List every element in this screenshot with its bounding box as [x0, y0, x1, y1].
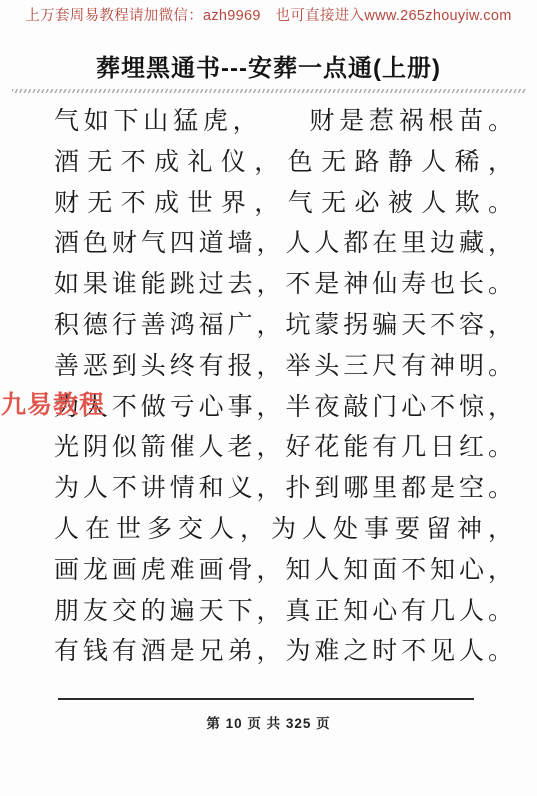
verse-line: 如果谁能跳过去，不是神仙寿也长。: [54, 264, 513, 305]
verse-line: 酒无不成礼仪，色无路静人稀，: [54, 142, 513, 183]
watermark-text: 九易教程: [1, 385, 105, 421]
verse-line: 财无不成世界，气无必被人欺。: [54, 183, 513, 224]
verse-body: 气如下山猛虎， 财是惹祸根苗。酒无不成礼仪，色无路静人稀，财无不成世界，气无必被…: [54, 101, 513, 672]
verse-line: 人在世多交人，为人处事要留神，: [54, 509, 513, 550]
page-title: 葬埋黑通书---安葬一点通(上册): [0, 48, 537, 83]
verse-line: 为人不做亏心事，半夜敲门心不惊，: [54, 387, 513, 428]
verse-line: 为人不讲情和义，扑到哪里都是空。: [54, 468, 513, 509]
promo-header-text: 上万套周易教程请加微信：azh9969 也可直接进入www.265zhouyiw…: [0, 4, 537, 25]
scanned-book-page: 上万套周易教程请加微信：azh9969 也可直接进入www.265zhouyiw…: [0, 0, 537, 796]
verse-line: 酒色财气四道墙，人人都在里边藏，: [54, 223, 513, 264]
title-divider: [12, 89, 527, 93]
page-number: 第 10 页 共 325 页: [0, 712, 537, 732]
verse-line: 善恶到头终有报，举头三尺有神明。: [54, 346, 513, 387]
verse-line: 气如下山猛虎， 财是惹祸根苗。: [54, 101, 513, 142]
verse-line: 光阴似箭催人老，好花能有几日红。: [54, 427, 513, 468]
footer-divider: [58, 698, 474, 700]
verse-line: 积德行善鸿福广，坑蒙拐骗天不容，: [54, 305, 513, 346]
verse-line: 画龙画虎难画骨，知人知面不知心，: [54, 550, 513, 591]
verse-line: 朋友交的遍天下，真正知心有几人。: [54, 591, 513, 632]
verse-line: 有钱有酒是兄弟，为难之时不见人。: [54, 631, 513, 672]
